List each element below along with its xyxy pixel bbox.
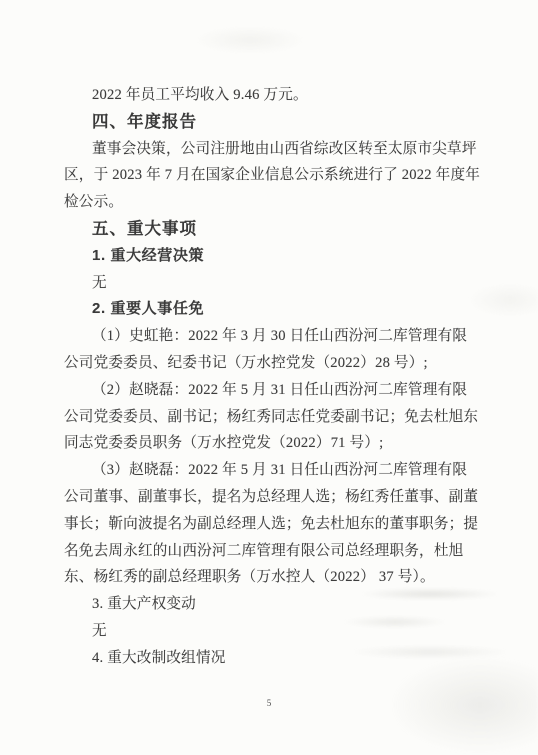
subsection-heading-1: 1. 重大经营决策: [64, 243, 518, 270]
paragraph-line: 公司党委委员、副书记；杨红秀同志任党委副书记；免去杜旭东: [64, 404, 518, 431]
none-value-text: 无: [64, 618, 518, 645]
paragraph-line: 检公示。: [64, 189, 518, 216]
paragraph-line: 2022 年员工平均收入 9.46 万元。: [64, 82, 518, 109]
subsection-heading-3: 3. 重大产权变动: [64, 591, 518, 618]
section-heading-5: 五、重大事项: [64, 216, 518, 243]
paragraph-line: （3）赵晓磊：2022 年 5 月 31 日任山西汾河二库管理有限: [64, 457, 518, 484]
paragraph-line: 东、杨红秀的副总经理职务（万水控人（2022） 37 号）。: [64, 564, 518, 591]
paragraph-line: 董事会决策，公司注册地由山西省综改区转至太原市尖草坪: [64, 136, 518, 163]
page-number: 5: [0, 698, 538, 708]
paragraph-line: 同志党委委员职务（万水控党发（2022）71 号）;: [64, 430, 518, 457]
paragraph-line: 区，于 2023 年 7 月在国家企业信息公示系统进行了 2022 年度年: [64, 162, 518, 189]
paragraph-line: 公司党委委员、纪委书记（万水控党发（2022）28 号）;: [64, 350, 518, 377]
subsection-heading-4: 4. 重大改制改组情况: [64, 645, 518, 672]
paragraph-line: 名免去周永红的山西汾河二库管理有限公司总经理职务，杜旭: [64, 538, 518, 565]
paragraph-line: （2）赵晓磊：2022 年 5 月 31 日任山西汾河二库管理有限: [64, 377, 518, 404]
section-heading-4: 四、年度报告: [64, 109, 518, 136]
paragraph-line: 事长；靳向波提名为副总经理人选；免去杜旭东的董事职务；提: [64, 511, 518, 538]
document-body: 2022 年员工平均收入 9.46 万元。 四、年度报告 董事会决策，公司注册地…: [64, 82, 518, 672]
paragraph-line: 公司董事、副董事长，提名为总经理人选；杨红秀任董事、副董: [64, 484, 518, 511]
subsection-heading-2: 2. 重要人事任免: [64, 296, 518, 323]
none-value-text: 无: [64, 270, 518, 297]
scanned-document-page: 2022 年员工平均收入 9.46 万元。 四、年度报告 董事会决策，公司注册地…: [0, 0, 538, 755]
paragraph-line: （1）史虹艳：2022 年 3 月 30 日任山西汾河二库管理有限: [64, 323, 518, 350]
